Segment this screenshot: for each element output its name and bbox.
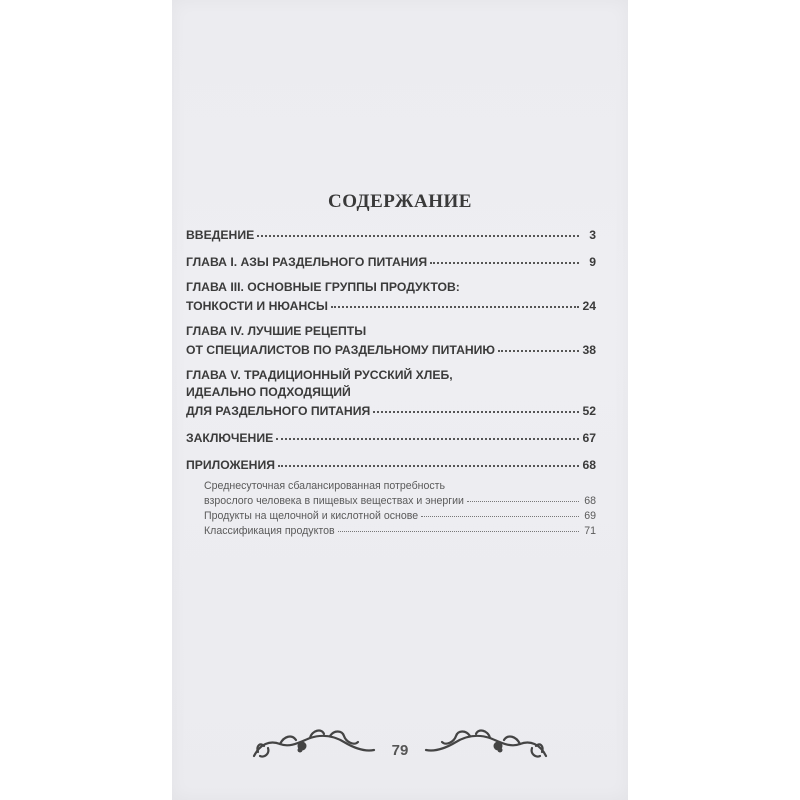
toc-entry-title: ЗАКЛЮЧЕНИЕ <box>186 430 273 447</box>
toc-entry[interactable]: ЗАКЛЮЧЕНИЕ67 <box>186 428 596 447</box>
toc-entry[interactable]: ГЛАВА I. АЗЫ РАЗДЕЛЬНОГО ПИТАНИЯ9 <box>186 252 596 271</box>
dot-leader <box>373 399 579 413</box>
toc-entry-title: Классификация продуктов <box>204 524 335 538</box>
dot-leader <box>467 491 579 502</box>
table-of-contents: ВВЕДЕНИЕ3ГЛАВА I. АЗЫ РАЗДЕЛЬНОГО ПИТАНИ… <box>186 225 596 538</box>
dot-leader <box>338 521 579 532</box>
toc-page-number: 24 <box>582 298 596 315</box>
toc-page-number: 71 <box>582 524 596 538</box>
toc-entry[interactable]: ГЛАВА III. ОСНОВНЫЕ ГРУППЫ ПРОДУКТОВ:ТОН… <box>186 279 596 315</box>
toc-subentry[interactable]: Среднесуточная сбалансированная потребно… <box>186 479 596 508</box>
toc-entry-title: Среднесуточная сбалансированная потребно… <box>204 479 445 493</box>
dot-leader <box>498 338 579 352</box>
toc-entry-title: ДЛЯ РАЗДЕЛЬНОГО ПИТАНИЯ <box>186 403 370 420</box>
toc-entry-title: ГЛАВА IV. ЛУЧШИЕ РЕЦЕПТЫ <box>186 323 366 340</box>
toc-page-number: 68 <box>582 494 596 508</box>
toc-page-number: 3 <box>582 227 596 244</box>
right-floral-ornament-icon <box>422 726 550 762</box>
dot-leader <box>276 426 579 440</box>
toc-entry[interactable]: ГЛАВА V. ТРАДИЦИОННЫЙ РУССКИЙ ХЛЕБ,ИДЕАЛ… <box>186 367 596 420</box>
toc-page-number: 69 <box>582 509 596 523</box>
toc-entry-title: ВВЕДЕНИЕ <box>186 227 254 244</box>
toc-page-number: 68 <box>582 457 596 474</box>
toc-entry-title: ТОНКОСТИ И НЮАНСЫ <box>186 298 328 315</box>
dot-leader <box>331 294 579 308</box>
toc-entry-title: ГЛАВА I. АЗЫ РАЗДЕЛЬНОГО ПИТАНИЯ <box>186 254 427 271</box>
toc-page-number: 52 <box>582 403 596 420</box>
toc-page-number: 67 <box>582 430 596 447</box>
dot-leader <box>257 223 579 237</box>
book-page: СОДЕРЖАНИЕ ВВЕДЕНИЕ3ГЛАВА I. АЗЫ РАЗДЕЛЬ… <box>172 0 628 800</box>
toc-entry-title: ГЛАВА V. ТРАДИЦИОННЫЙ РУССКИЙ ХЛЕБ, <box>186 367 453 384</box>
dot-leader <box>430 250 579 264</box>
dot-leader <box>421 506 579 517</box>
toc-entry[interactable]: ПРИЛОЖЕНИЯ68 <box>186 455 596 474</box>
toc-entry-title: ИДЕАЛЬНО ПОДХОДЯЩИЙ <box>186 384 351 401</box>
dot-leader <box>278 453 579 467</box>
toc-entry-title: ПРИЛОЖЕНИЯ <box>186 457 275 474</box>
toc-entry-title: ОТ СПЕЦИАЛИСТОВ ПО РАЗДЕЛЬНОМУ ПИТАНИЮ <box>186 342 495 359</box>
toc-page-number: 9 <box>582 254 596 271</box>
toc-entry[interactable]: ГЛАВА IV. ЛУЧШИЕ РЕЦЕПТЫОТ СПЕЦИАЛИСТОВ … <box>186 323 596 359</box>
page-title: СОДЕРЖАНИЕ <box>172 191 628 213</box>
page-number: 79 <box>172 742 628 759</box>
toc-entry[interactable]: ВВЕДЕНИЕ3 <box>186 225 596 244</box>
toc-subentry[interactable]: Классификация продуктов71 <box>186 523 596 538</box>
toc-page-number: 38 <box>582 342 596 359</box>
